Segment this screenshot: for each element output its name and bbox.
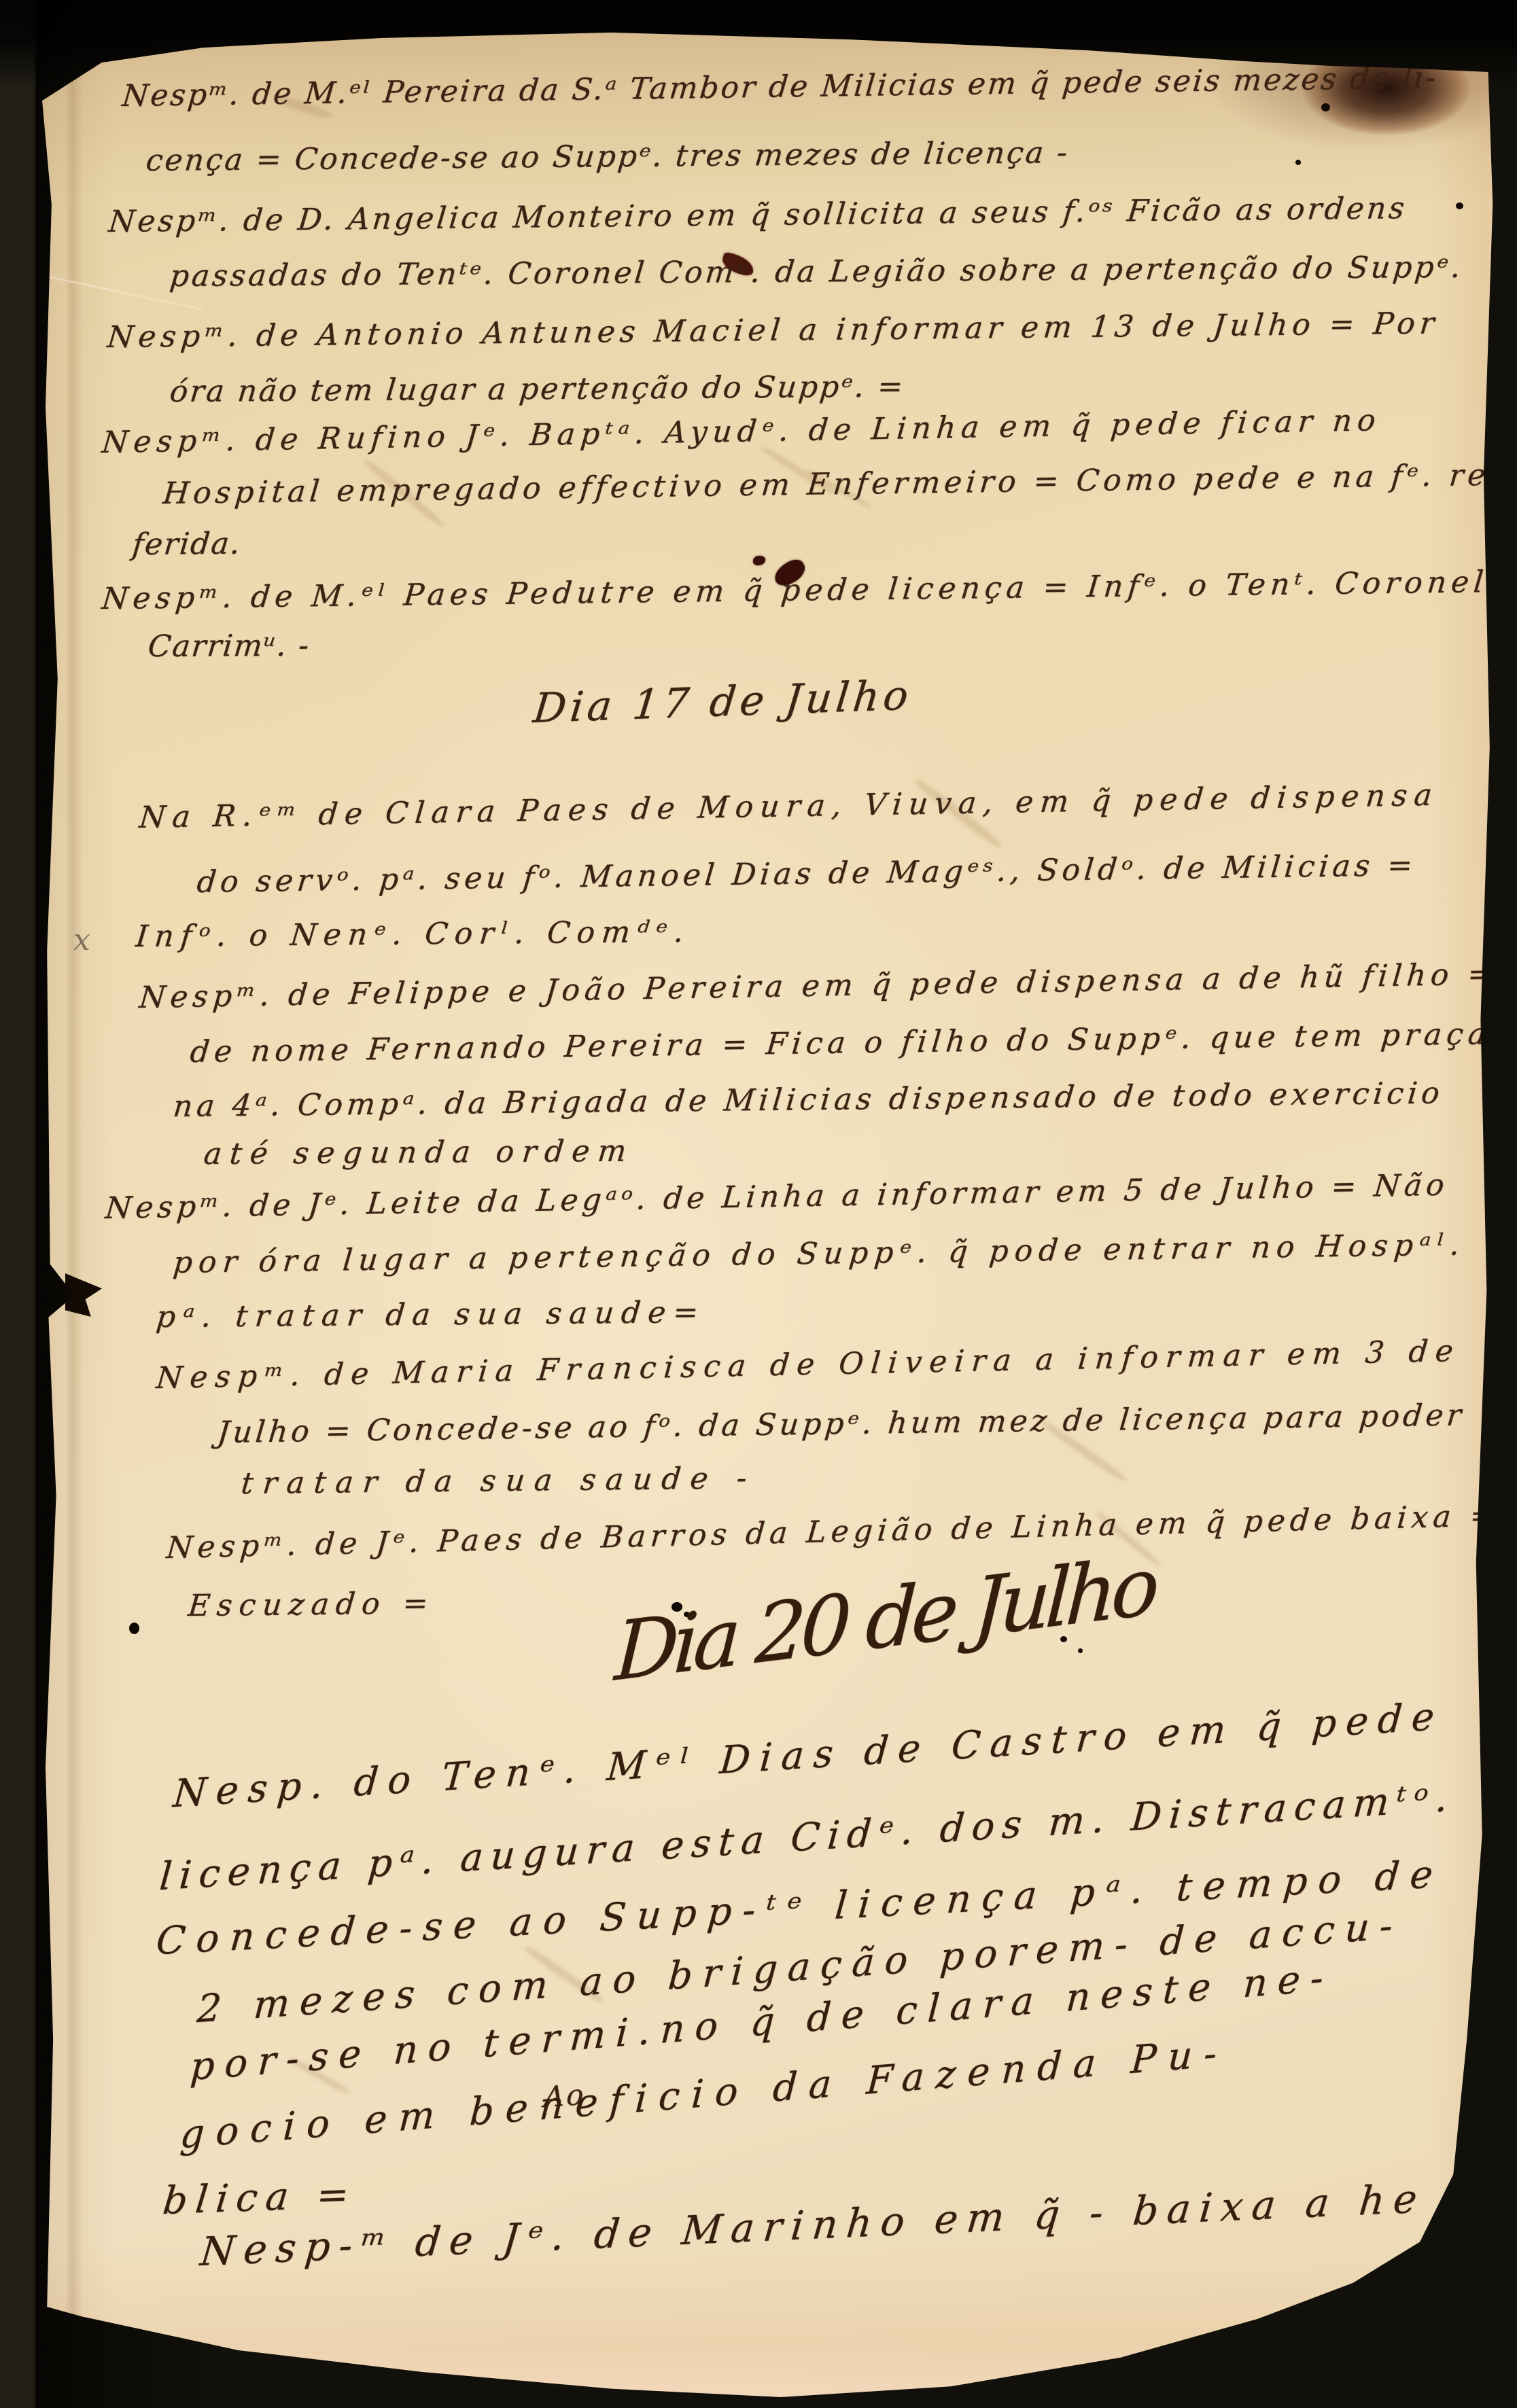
ink-dot [129,1623,139,1634]
manuscript-line: até segunda ordem [202,1134,635,1171]
manuscript-line: Nespᵐ. de M.ᵉˡ Pereira da S.ᵃ Tambor de … [121,60,1440,113]
manuscript-line: do servᵒ. pᵃ. seu fᵒ. Manoel Dias de Mag… [196,848,1418,900]
ink-dot [1078,1648,1083,1653]
manuscript-line: Na R.ᵉᵐ de Clara Paes de Moura, Viuva, e… [138,778,1440,835]
manuscript-page: x Ao Nespᵐ. de M.ᵉˡ Pereira da S.ᵃ Tambo… [0,0,1517,2408]
manuscript-line: Infᵒ. o Nenᵉ. Corˡ. Comᵈᵉ. [135,915,693,954]
manuscript-line: óra não tem lugar a pertenção do Suppᵉ. … [168,369,906,409]
manuscript-line: tratar da sua saude - [240,1461,758,1501]
manuscript-line: ferida. [131,527,243,562]
date-heading-20-july: Dia 20 de Julho [612,1538,1156,1699]
manuscript-line: Nespᵐ. de Jᵉ. Leite da Legᵃᵒ. de Linha a… [104,1167,1450,1226]
manuscript-line: Carrimᵘ. - [146,628,311,664]
manuscript-line: Nespᵐ. de Maria Francisca de Oliveira a … [155,1334,1462,1396]
manuscript-line: Escuzado = [187,1586,436,1623]
manuscript-line: Nespᵐ. de Rufino Jᵉ. Bapᵗᵃ. Ayudᵉ. de Li… [101,403,1382,460]
manuscript-line: na 4ᵃ. Compᵃ. da Brigada de Milicias dis… [172,1076,1446,1124]
photo-background: x Ao Nespᵐ. de M.ᵉˡ Pereira da S.ᵃ Tambo… [0,0,1517,2408]
pencil-x-mark: x [73,923,90,957]
manuscript-line: Nespᵐ. de Jᵉ. Paes de Barros da Legião d… [165,1498,1501,1565]
manuscript-line: blica = [161,2172,360,2223]
manuscript-line: passadas do Tenᵗᵉ. Coronel Comᵉ. da Legi… [168,250,1465,294]
ink-speck [1456,202,1463,209]
manuscript-line: pᵃ. tratar da sua saude= [155,1295,708,1334]
ink-blot [753,556,765,565]
manuscript-line: Nespᵐ. de Antonio Antunes Maciel a infor… [106,306,1441,355]
ink-speck [1295,160,1301,165]
manuscript-line: Nespᵐ. de D. Angelica Monteiro em q̃ sol… [107,191,1409,239]
ink-speck [1321,103,1330,111]
manuscript-line: Nesp-ᵐ de Jᵉ. de Marinho em q̃ - baixa a… [198,2175,1428,2275]
manuscript-line: por óra lugar a pertenção do Suppᵉ. q̃ p… [172,1227,1467,1280]
manuscript-line: cença = Concede-se ao Suppᵉ. tres mezes … [145,135,1071,178]
paper-hole [65,1273,102,1317]
date-heading-17-july: Dia 17 de Julho [531,671,914,732]
manuscript-line: de nome Fernando Pereira = Fica o filho … [189,1016,1493,1069]
manuscript-line: Nespᵐ. de Felippe e João Pereira em q̃ p… [138,957,1499,1015]
manuscript-line: Julho = Concede-se ao fᵒ. da Suppᵉ. hum … [216,1398,1466,1450]
manuscript-line: Hospital empregado effectivo em Enfermei… [162,457,1505,511]
